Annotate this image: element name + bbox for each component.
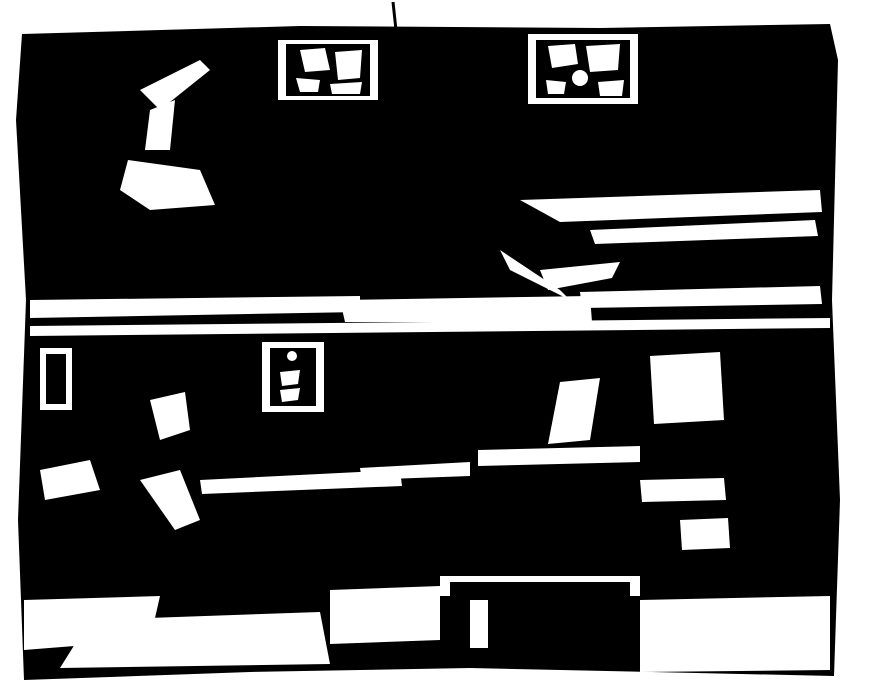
- window-upper-right: [528, 34, 638, 104]
- woodcut-engraving: [0, 0, 871, 693]
- print-block: [16, 24, 840, 680]
- window-lower-left: [40, 348, 72, 410]
- window-upper-left: [278, 40, 378, 100]
- type-box: [440, 576, 640, 652]
- window-lower-center: [262, 342, 324, 412]
